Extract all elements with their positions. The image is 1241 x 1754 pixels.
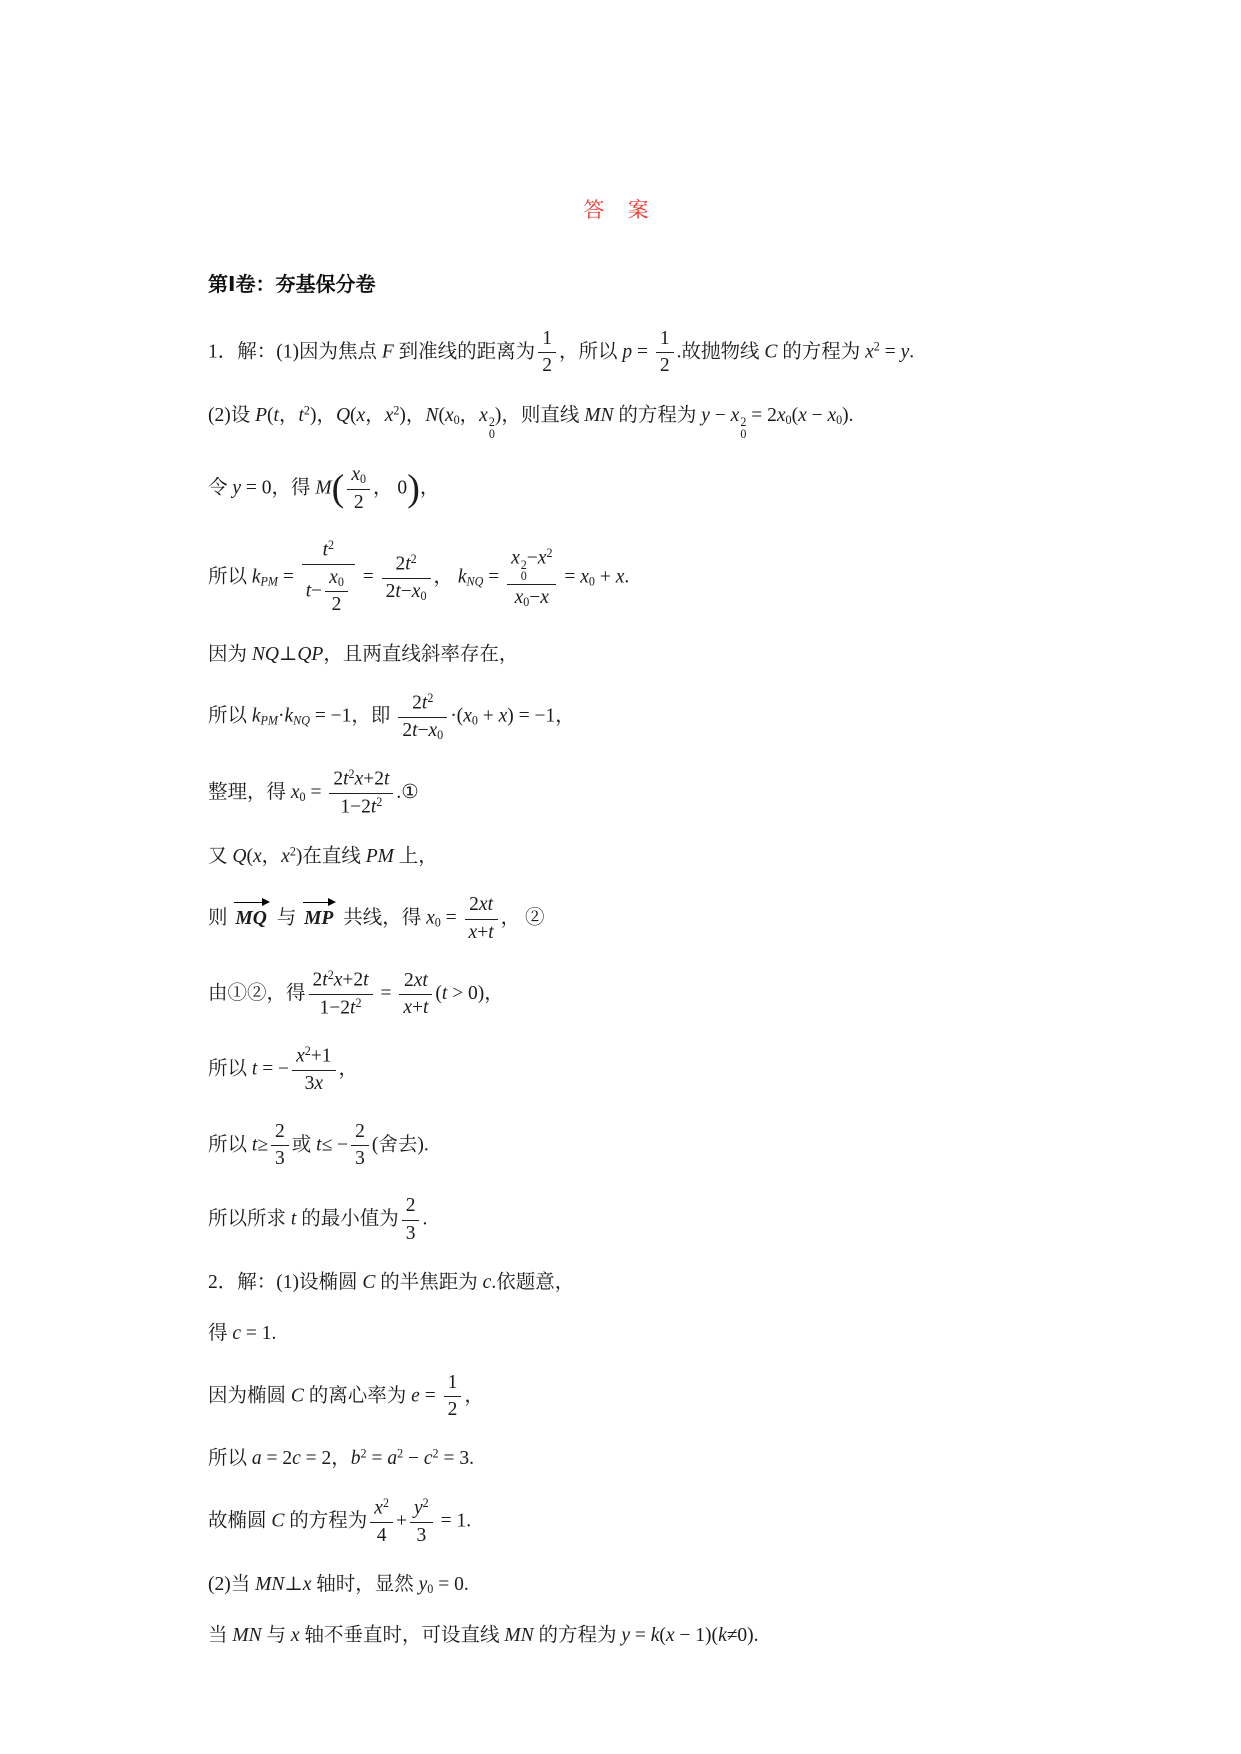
fraction: 2t2x+2t1−2t2: [309, 968, 373, 1021]
fraction: t2t−x02: [302, 538, 355, 618]
solution-line: 所以 kPM·kNQ = −1，即 2t22t−x0·(x0 + x) = −1…: [208, 691, 1064, 743]
solution-line: 所以 t = −x2+13x，: [208, 1044, 1064, 1096]
solution-line: 令 y = 0，得 M(x02， 0)，: [208, 463, 1064, 515]
solution-line: (2)当 MN⊥x 轴时，显然 y0 = 0.: [208, 1571, 1064, 1599]
solution-line: (2)设 P(t，t2)，Q(x，x2)，N(x0，x20)，则直线 MN 的方…: [208, 402, 1064, 440]
solution-line: 由①②，得2t2x+2t1−2t2 = 2xtx+t(t > 0)，: [208, 968, 1064, 1021]
fraction: x02: [347, 463, 370, 515]
fraction: 12: [656, 327, 674, 379]
solution-line: 所以 t≥23或 t≤ −23(舍去).: [208, 1120, 1064, 1172]
fraction: 23: [402, 1194, 420, 1246]
fraction: x2+13x: [292, 1044, 335, 1096]
section-heading: 第Ⅰ卷：夯基保分卷: [208, 268, 1064, 297]
fraction: 12: [444, 1371, 462, 1423]
vector-arrow: MP: [303, 901, 336, 933]
solution-line: 又 Q(x，x2)在直线 PM 上，: [208, 843, 1064, 871]
fraction: 2t22t−x0: [382, 552, 431, 604]
solution-line: 故椭圆 C 的方程为x24+y23 = 1.: [208, 1496, 1064, 1548]
solution-line: 所以 kPM = t2t−x02 = 2t22t−x0， kNQ = x20−x…: [208, 538, 1064, 618]
fraction: y23: [410, 1496, 433, 1548]
document-content: 第Ⅰ卷：夯基保分卷 1．解：(1)因为焦点 F 到准线的距离为12，所以 p =…: [208, 268, 1064, 1673]
document-page: 答 案 第Ⅰ卷：夯基保分卷 1．解：(1)因为焦点 F 到准线的距离为12，所以…: [0, 0, 1241, 1754]
solution-line: 2．解：(1)设椭圆 C 的半焦距为 c.依题意，: [208, 1269, 1064, 1297]
solution-line: 所以 a = 2c = 2，b2 = a2 − c2 = 3.: [208, 1445, 1064, 1473]
solution-line: 1．解：(1)因为焦点 F 到准线的距离为12，所以 p = 12.故抛物线 C…: [208, 327, 1064, 379]
fraction: x02: [325, 566, 348, 618]
solution-line: 则 MQ 与 MP 共线，得 x0 = 2xtx+t， ②: [208, 893, 1064, 945]
fraction: 2t22t−x0: [398, 691, 447, 743]
solution-line: 所以所求 t 的最小值为23.: [208, 1194, 1064, 1246]
fraction: 23: [351, 1120, 369, 1172]
solution-line: 因为 NQ⊥QP，且两直线斜率存在，: [208, 641, 1064, 669]
solution-lines: 1．解：(1)因为焦点 F 到准线的距离为12，所以 p = 12.故抛物线 C…: [208, 327, 1064, 1650]
fraction: 2t2x+2t1−2t2: [329, 767, 393, 820]
fraction: x24: [370, 1496, 393, 1548]
solution-line: 整理，得 x0 = 2t2x+2t1−2t2.①: [208, 767, 1064, 820]
fraction: 12: [538, 327, 556, 379]
solution-line: 因为椭圆 C 的离心率为 e = 12，: [208, 1371, 1064, 1423]
vector-arrow: MQ: [234, 901, 269, 933]
solution-line: 当 MN 与 x 轴不垂直时，可设直线 MN 的方程为 y = k(x − 1)…: [208, 1622, 1064, 1650]
page-title: 答 案: [0, 194, 1241, 224]
fraction: 23: [271, 1120, 289, 1172]
fraction: 2xtx+t: [465, 893, 498, 945]
fraction: x20−x2x0−x: [507, 546, 556, 610]
solution-line: 得 c = 1.: [208, 1320, 1064, 1348]
fraction: 2xtx+t: [399, 969, 432, 1021]
